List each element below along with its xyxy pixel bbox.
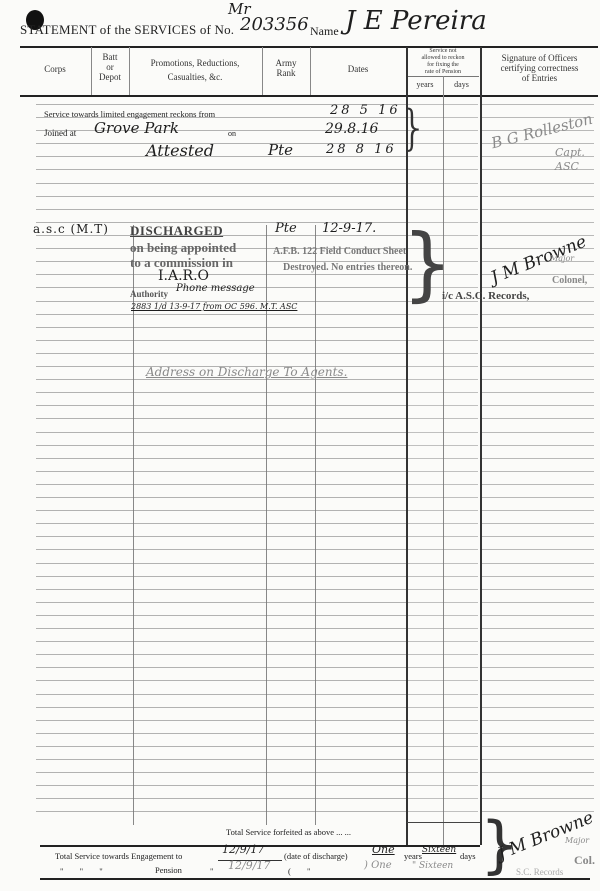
pension-days: " Sixteen xyxy=(412,861,453,871)
pension-ditto: " " " xyxy=(60,866,103,876)
posted-rank: Pte xyxy=(268,141,293,159)
years-label: years xyxy=(404,851,422,861)
col-years: years xyxy=(407,80,443,90)
signature-rolleston-title: Capt. ASC xyxy=(555,146,595,174)
afb-line: A.F.B. 122 Field Conduct Sheet xyxy=(273,246,406,257)
colonel-stamp: Colonel, xyxy=(552,275,587,286)
destroyed-line: Destroyed. No entries thereon. xyxy=(283,262,412,273)
authority-label: Authority xyxy=(130,289,168,299)
records-stamp: i/c A.S.C. Records, xyxy=(442,290,529,302)
brace-1: } xyxy=(398,102,429,154)
col-dates: Dates xyxy=(311,64,405,74)
date-of-discharge-label: (date of discharge) xyxy=(284,851,348,861)
joined-label: Joined at xyxy=(44,128,76,138)
colonel-stamp-footer: Col. xyxy=(574,853,595,868)
authority-ref: 2883 1/d 13-9-17 from OC 596. M.T. ASC xyxy=(131,302,297,311)
pension-years: ) One xyxy=(364,860,392,871)
address-on-discharge: Address on Discharge To Agents. xyxy=(146,365,347,379)
days-label: days xyxy=(460,851,476,861)
signature-browne-title: Major xyxy=(550,254,574,263)
joined-on: on xyxy=(228,129,236,138)
pension-paren: ( " xyxy=(288,866,310,876)
posted-date: 28 8 16 xyxy=(326,142,397,157)
name-label: Name xyxy=(310,24,339,39)
discharged-date: 12-9-17. xyxy=(322,221,376,236)
header-top-rule xyxy=(20,46,598,48)
joined-place: Grove Park xyxy=(94,119,179,137)
authority-value: Phone message xyxy=(176,283,255,294)
form-title: STATEMENT of the SERVICES of No. xyxy=(20,22,234,38)
title-prefix: STATEMENT of the SERVICES of No. xyxy=(20,22,234,37)
reckons-date: 28 5 16 xyxy=(330,103,401,118)
reckons-label: Service towards limited engagement recko… xyxy=(44,109,215,119)
pension-label: Pension xyxy=(155,865,182,875)
posted-text: Attested xyxy=(146,141,214,160)
signature-browne-footer-title: Major xyxy=(565,836,589,845)
header-bottom-rule xyxy=(20,95,598,97)
forfeited-label: Total Service forfeited as above ... ... xyxy=(226,827,351,837)
discharged-rank: Pte xyxy=(275,221,297,236)
col-promotions: Promotions, Reductions, Casualties, &c. xyxy=(130,58,260,82)
discharged-stamp: DISCHARGED xyxy=(130,223,223,239)
appointed-line-1: on being appointed xyxy=(130,240,236,256)
records-stamp-footer: S.C. Records xyxy=(516,867,563,877)
name-value: J E Pereira xyxy=(345,6,487,36)
pension-date: 12/9/17 xyxy=(228,859,270,872)
appointed-unit: I.A.R.O xyxy=(158,268,209,284)
col-army-rank: Army Rank xyxy=(263,58,309,78)
col-signature: Signature of Officers certifying correct… xyxy=(481,53,598,83)
col-batt: Batt or Depot xyxy=(92,52,128,82)
pension-date-ditto: " xyxy=(210,866,213,876)
corps-entry: a.s.c (M.T) xyxy=(33,222,109,236)
col-corps: Corps xyxy=(20,64,90,74)
col-not-allowed: Service not allowed to reckon for fixing… xyxy=(407,48,479,76)
service-number: 203356 xyxy=(240,14,309,35)
engagement-years: One xyxy=(372,843,395,856)
col-days: days xyxy=(444,80,479,90)
joined-date: 29.8.16 xyxy=(325,121,378,137)
engagement-label: Total Service towards Engagement to xyxy=(55,851,182,861)
engagement-date: 12/9/17 xyxy=(222,843,264,856)
engagement-days: Sixteen xyxy=(422,845,456,855)
